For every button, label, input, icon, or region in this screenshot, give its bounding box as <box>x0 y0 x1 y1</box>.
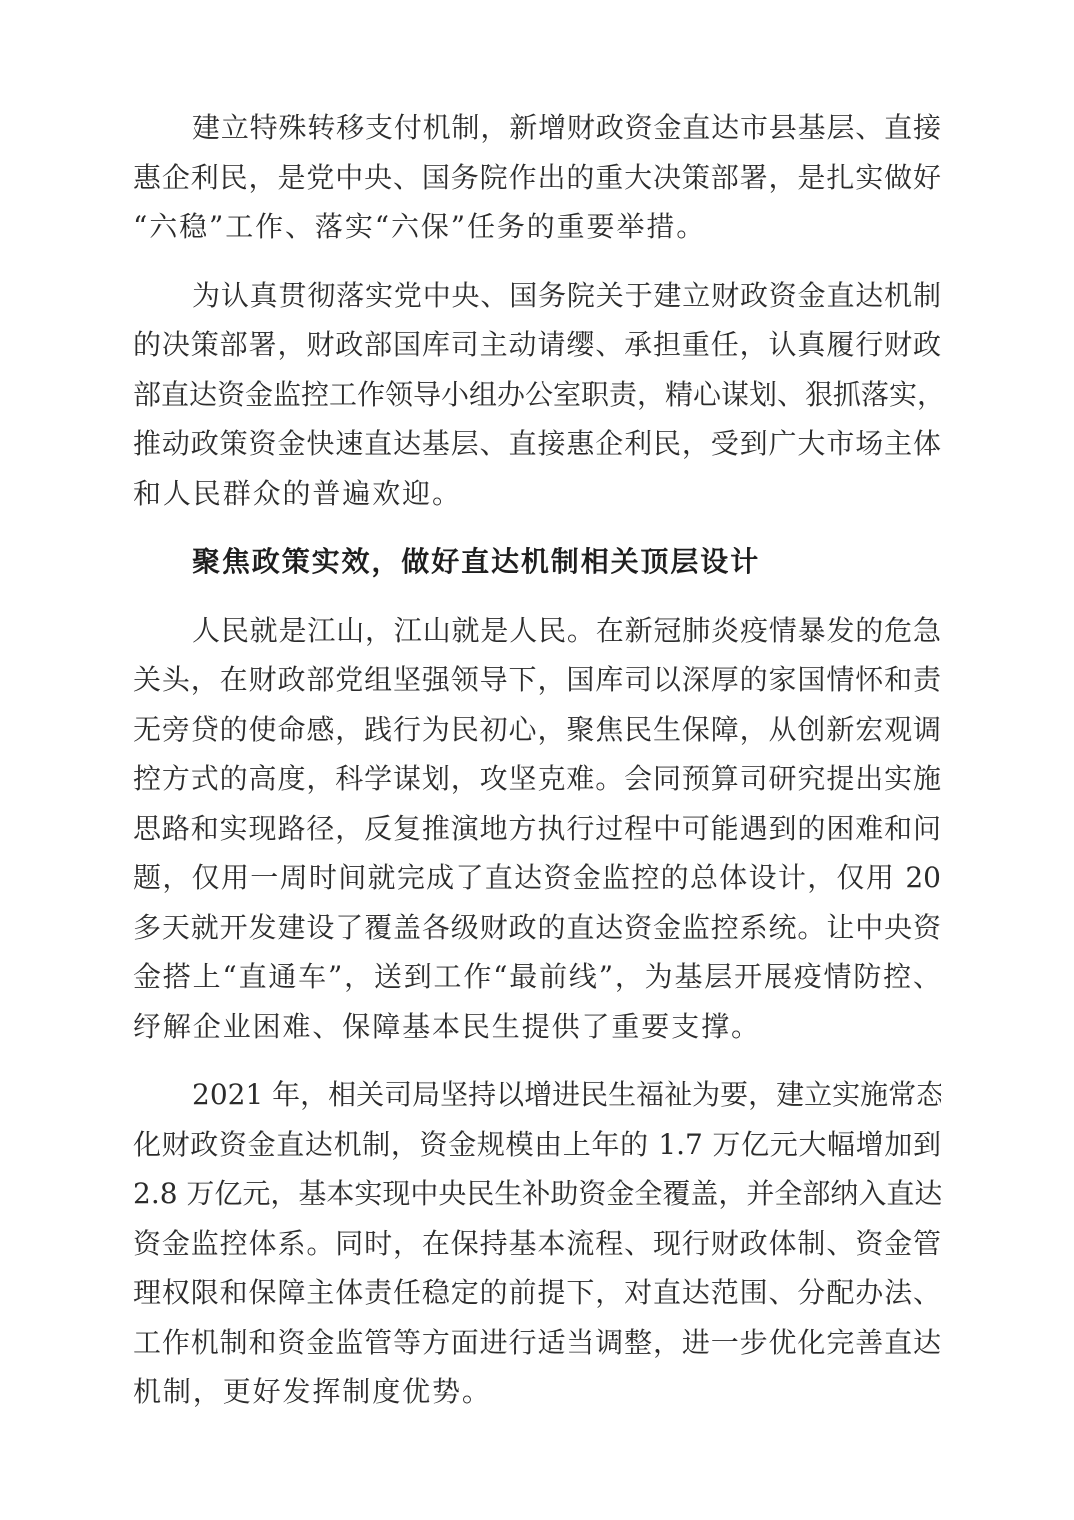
text-line: 的决策部署，财政部国库司主动请缨、承担重任，认真履行财政 <box>133 320 941 370</box>
text-line: 资金监控体系。同时，在保持基本流程、现行财政体制、资金管 <box>133 1219 941 1269</box>
text-line: 为认真贯彻落实党中央、国务院关于建立财政资金直达机制 <box>133 271 941 321</box>
text-line: 2.8 万亿元，基本实现中央民生补助资金全覆盖，并全部纳入直达 <box>133 1169 941 1219</box>
text-line: 化财政资金直达机制，资金规模由上年的 1.7 万亿元大幅增加到 <box>133 1120 941 1170</box>
text-line: 和人民群众的普遍欢迎。 <box>133 469 941 519</box>
text-line: 推动政策资金快速直达基层、直接惠企利民，受到广大市场主体 <box>133 419 941 469</box>
text-line: 人民就是江山，江山就是人民。在新冠肺炎疫情暴发的危急 <box>133 606 941 656</box>
section-heading: 聚焦政策实效，做好直达机制相关顶层设计 <box>133 537 941 587</box>
text-line: 多天就开发建设了覆盖各级财政的直达资金监控系统。让中央资 <box>133 903 941 953</box>
text-line: 关头，在财政部党组坚强领导下，国库司以深厚的家国情怀和责 <box>133 655 941 705</box>
document-page: 建立特殊转移支付机制，新增财政资金直达市县基层、直接 惠企利民，是党中央、国务院… <box>133 103 941 1436</box>
text-line: 机制，更好发挥制度优势。 <box>133 1367 941 1417</box>
text-line: 理权限和保障主体责任稳定的前提下，对直达范围、分配办法、 <box>133 1268 941 1318</box>
text-line: 部直达资金监控工作领导小组办公室职责，精心谋划、狠抓落实， <box>133 370 941 420</box>
text-line: “六稳”工作、落实“六保”任务的重要举措。 <box>133 202 941 252</box>
text-line: 建立特殊转移支付机制，新增财政资金直达市县基层、直接 <box>133 103 941 153</box>
text-line: 无旁贷的使命感，践行为民初心，聚焦民生保障，从创新宏观调 <box>133 705 941 755</box>
heading-text: 聚焦政策实效，做好直达机制相关顶层设计 <box>133 537 941 587</box>
paragraph-2: 为认真贯彻落实党中央、国务院关于建立财政资金直达机制 的决策部署，财政部国库司主… <box>133 271 941 519</box>
text-line: 思路和实现路径，反复推演地方执行过程中可能遇到的困难和问 <box>133 804 941 854</box>
paragraph-3: 人民就是江山，江山就是人民。在新冠肺炎疫情暴发的危急 关头，在财政部党组坚强领导… <box>133 606 941 1052</box>
text-line: 纾解企业困难、保障基本民生提供了重要支撑。 <box>133 1002 941 1052</box>
paragraph-4: 2021 年，相关司局坚持以增进民生福祉为要，建立实施常态 化财政资金直达机制，… <box>133 1070 941 1417</box>
text-line: 惠企利民，是党中央、国务院作出的重大决策部署，是扎实做好 <box>133 153 941 203</box>
text-line: 题，仅用一周时间就完成了直达资金监控的总体设计，仅用 20 <box>133 853 941 903</box>
text-line: 2021 年，相关司局坚持以增进民生福祉为要，建立实施常态 <box>133 1070 941 1120</box>
text-line: 工作机制和资金监管等方面进行适当调整，进一步优化完善直达 <box>133 1318 941 1368</box>
paragraph-1: 建立特殊转移支付机制，新增财政资金直达市县基层、直接 惠企利民，是党中央、国务院… <box>133 103 941 252</box>
text-line: 金搭上“直通车”，送到工作“最前线”，为基层开展疫情防控、 <box>133 952 941 1002</box>
text-line: 控方式的高度，科学谋划，攻坚克难。会同预算司研究提出实施 <box>133 754 941 804</box>
